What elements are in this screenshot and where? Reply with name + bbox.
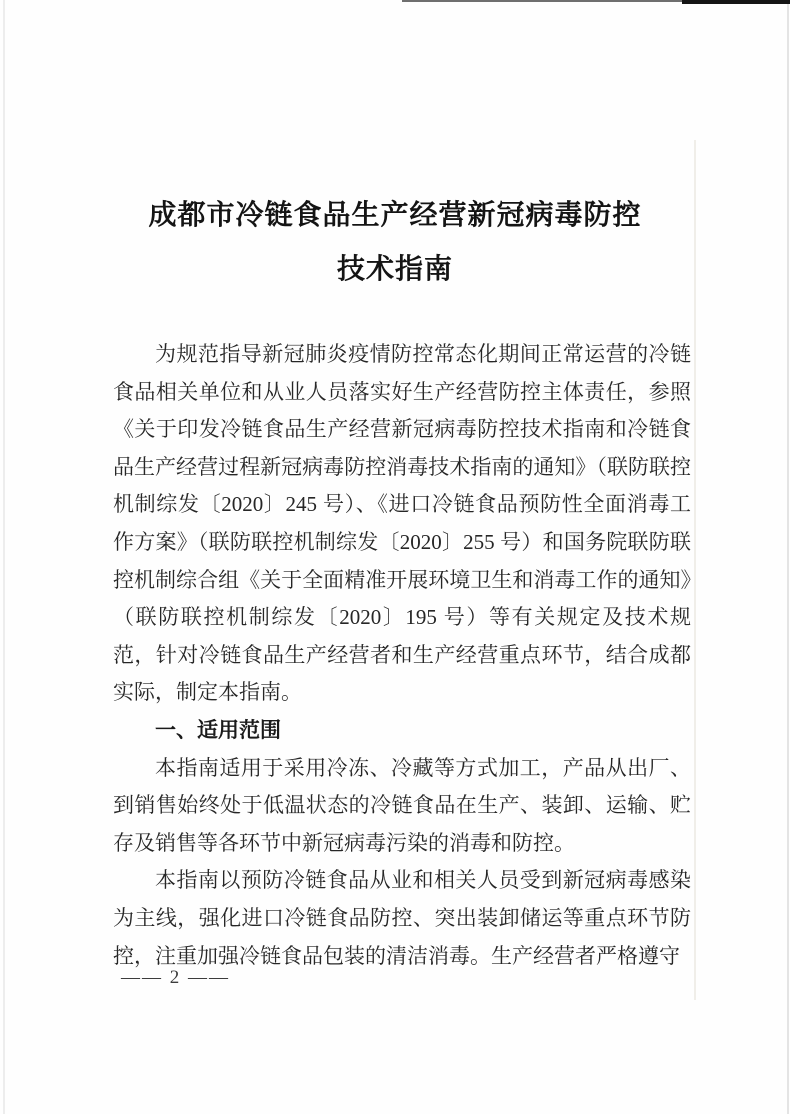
scan-edge-left	[3, 0, 5, 1114]
document-title-line-2: 技术指南	[0, 243, 790, 297]
scan-artifact-top-thin	[402, 0, 684, 2]
document-title-line-1: 成都市冷链食品生产经营新冠病毒防控	[0, 189, 790, 243]
scan-artifact-top-thick	[682, 0, 790, 4]
paragraph-preamble: 为规范指导新冠肺炎疫情防控常态化期间正常运营的冷链食品相关单位和从业人员落实好生…	[113, 336, 691, 712]
document-title: 成都市冷链食品生产经营新冠病毒防控 技术指南	[0, 189, 790, 297]
page-number: —— 2 ——	[121, 967, 230, 989]
scan-edge-right	[787, 0, 789, 1114]
paragraph-scope-1: 本指南适用于采用冷冻、冷藏等方式加工，产品从出厂、到销售始终处于低温状态的冷链食…	[113, 750, 691, 863]
document-body: 为规范指导新冠肺炎疫情防控常态化期间正常运营的冷链食品相关单位和从业人员落实好生…	[113, 336, 691, 975]
section-heading-scope: 一、适用范围	[113, 712, 691, 750]
scanned-document-page: 成都市冷链食品生产经营新冠病毒防控 技术指南 为规范指导新冠肺炎疫情防控常态化期…	[0, 0, 790, 1114]
paragraph-scope-2: 本指南以预防冷链食品从业和相关人员受到新冠病毒感染为主线，强化进口冷链食品防控、…	[113, 862, 691, 975]
